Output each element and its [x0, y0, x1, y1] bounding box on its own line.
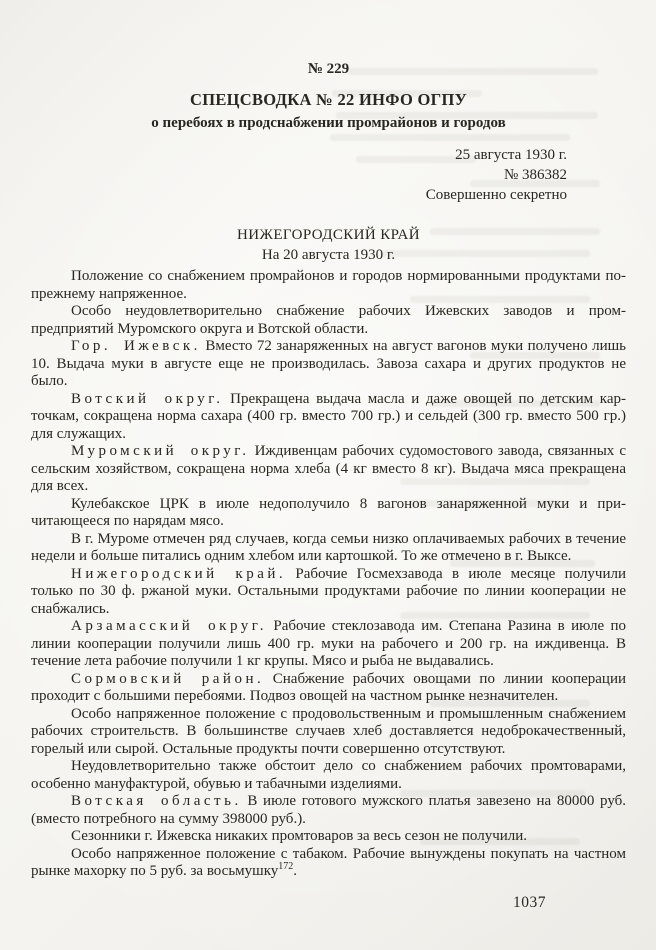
- document-page: № 229 СПЕЦСВОДКА № 22 ИНФО ОГПУ о перебо…: [0, 0, 656, 950]
- document-content: № 229 СПЕЦСВОДКА № 22 ИНФО ОГПУ о перебо…: [31, 0, 626, 881]
- paragraph: Муромский округ. Иждивенцам рабочих судо…: [31, 443, 626, 496]
- document-subtitle: о перебоях в продснабжении промрайонов и…: [31, 114, 626, 133]
- paragraph: Кулебакское ЦРК в июле недополучило 8 ва…: [31, 496, 626, 531]
- region-heading: НИЖЕГОРОДСКИЙ КРАЙ: [31, 226, 626, 244]
- date-block: 25 августа 1930 г. № 386382 Совершенно с…: [31, 145, 567, 205]
- paragraph-lead: Гор. Ижевск.: [71, 338, 201, 354]
- region-date: На 20 августа 1930 г.: [31, 246, 626, 264]
- paragraph: Особо напряженное положение с табаком. Р…: [31, 846, 626, 881]
- paragraph-lead: Нижегородский край.: [71, 566, 286, 582]
- paragraph-lead: Муромский округ.: [71, 443, 250, 459]
- paragraph-lead: Сормовский район.: [71, 671, 264, 687]
- paragraph-lead: Вотская область.: [71, 793, 242, 809]
- paragraph: Неудовлетворительно также обстоит дело с…: [31, 758, 626, 793]
- paragraph: Положение со снабжением промрайонов и го…: [31, 268, 626, 303]
- paragraph: Гор. Ижевск. Вместо 72 занаряженных на а…: [31, 338, 626, 391]
- footnote-ref: 172: [278, 861, 293, 872]
- paragraph: Сезонники г. Ижевска никаких промтоваров…: [31, 828, 626, 846]
- reference-number: № 386382: [31, 165, 567, 185]
- paragraph: Особо напряженное положение с продовольс…: [31, 706, 626, 759]
- document-date: 25 августа 1930 г.: [31, 145, 567, 165]
- paragraph: Особо неудовлетворительно снабжение рабо…: [31, 303, 626, 338]
- paragraph: В г. Муроме отмечен ряд случаев, когда с…: [31, 531, 626, 566]
- paragraph: Арзамасский округ. Рабочие стеклозавода …: [31, 618, 626, 671]
- paragraph: Вотская область. В июле готового мужског…: [31, 793, 626, 828]
- document-title: СПЕЦСВОДКА № 22 ИНФО ОГПУ: [31, 90, 626, 110]
- page-number: 1037: [513, 894, 563, 912]
- paragraph-lead: Вотский округ.: [71, 391, 223, 407]
- document-body: Положение со снабжением промрайонов и го…: [31, 268, 626, 881]
- paragraph: Сормовский район. Снабжение рабочих овощ…: [31, 671, 626, 706]
- document-number: № 229: [31, 60, 626, 78]
- paragraph: Нижегородский край. Рабочие Госмехзавода…: [31, 566, 626, 619]
- classification-stamp: Совершенно секретно: [31, 185, 567, 205]
- paragraph: Вотский округ. Прекращена выдача масла и…: [31, 391, 626, 444]
- paragraph-lead: Арзамасский округ.: [71, 618, 267, 634]
